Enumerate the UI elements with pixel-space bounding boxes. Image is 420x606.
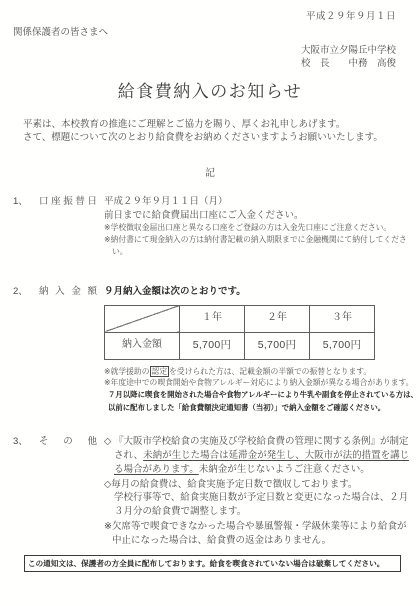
section-1-label: 口座振替日 bbox=[39, 195, 97, 209]
section-2-label: 納入金額 bbox=[39, 285, 97, 299]
fee-amount-grade1: 5,700円 bbox=[180, 332, 245, 359]
transfer-note-1: ※学校徴収金届出口座と異なる口座をご登録の方は入金先口座にご注意ください。 bbox=[104, 222, 410, 234]
record-mark: 記 bbox=[0, 167, 420, 182]
section-2-heading: 2、 納入金額 bbox=[0, 285, 104, 299]
fee-table-corner-cell bbox=[105, 305, 180, 332]
ordinance-item: ◇ 『大阪市学校給食の実施及び学校給食費の管理に関する条例』が制定され、未納が生… bbox=[104, 435, 410, 476]
fee-table-amount-row: 納入金額 5,700円 5,700円 5,700円 bbox=[105, 332, 375, 359]
subsidy-note: ※就学援助の認定を受けられた方は、記載金額の半額での振替となります。 bbox=[104, 366, 418, 378]
intro-paragraph: 平素は、本校教育の推進にご理解とご協力を賜り、厚くお礼申しあげます。 さて、標題… bbox=[0, 118, 420, 146]
notice-document: 平成２９年９月１日 関係保護者の皆さまへ 大阪市立夕陽丘中学校 校 長 中務 高… bbox=[0, 0, 420, 606]
section-other: 3、 その他 ◇ 『大阪市学校給食の実施及び学校給食費の管理に関する条例』が制定… bbox=[0, 435, 420, 547]
section-1-number: 1、 bbox=[13, 195, 39, 209]
section-2-body: ９月納入金額は次のとおりです。 １年 ２年 ３年 納入金額 5,700円 5,7… bbox=[104, 285, 420, 415]
fee-table-row-label: 納入金額 bbox=[105, 332, 180, 359]
section-3-label: その他 bbox=[39, 435, 97, 449]
sender-block: 大阪市立夕陽丘中学校 校 長 中務 高俊 bbox=[0, 44, 420, 72]
section-3-body: ◇ 『大阪市学校給食の実施及び学校給食費の管理に関する条例』が制定され、未納が生… bbox=[104, 435, 420, 547]
no-refund-note: ※欠席等で喫食できなかった場合や暴風警報・学級休業等により給食が中止になった場合… bbox=[104, 520, 410, 548]
monthly-fee-line-2: 学校行事等で、給食実施日数が予定日数と変更になった場合は、２月３月分の給食費で調… bbox=[104, 491, 410, 519]
amount-intro: ９月納入金額は次のとおりです。 bbox=[104, 285, 418, 299]
fee-table-header-row: １年 ２年 ３年 bbox=[105, 305, 375, 332]
section-transfer-date: 1、 口座振替日 平成２９年９月１１日（月） 前日までに給食費届出口座にご入金く… bbox=[0, 195, 420, 258]
section-payment-amount: 2、 納入金額 ９月納入金額は次のとおりです。 １年 ２年 ３年 納入金額 5,… bbox=[0, 285, 420, 415]
section-1-heading: 1、 口座振替日 bbox=[0, 195, 104, 209]
monthly-fee-item: ◇毎月の給食費は、給食実施予定日数で徴収しております。 学校行事等で、給食実施日… bbox=[104, 478, 410, 519]
section-2-number: 2、 bbox=[13, 285, 39, 299]
intro-line-1: 平素は、本校教育の推進にご理解とご協力を賜り、厚くお礼申しあげます。 bbox=[23, 118, 410, 132]
transfer-date: 平成２９年９月１１日（月） bbox=[104, 195, 410, 209]
transfer-instruction: 前日までに給食費届出口座にご入金ください。 bbox=[104, 209, 410, 223]
fee-table: １年 ２年 ３年 納入金額 5,700円 5,700円 5,700円 bbox=[104, 305, 375, 360]
page-title: 給食費納入のお知らせ bbox=[0, 80, 420, 105]
allergy-note-line-2: 以前に配布しました「給食費額決定通知書（当初）」で納入金額をご確認ください。 bbox=[108, 402, 418, 415]
fee-table-header-grade3: ３年 bbox=[310, 305, 375, 332]
fee-amount-grade3: 5,700円 bbox=[310, 332, 375, 359]
monthly-fee-line-1: ◇毎月の給食費は、給食実施予定日数で徴収しております。 bbox=[104, 478, 410, 492]
allergy-note-line-1: ７月以降に喫食を開始された場合や食物アレルギーにより牛乳や副食を停止されている方… bbox=[108, 389, 418, 402]
section-3-heading: 3、 その他 bbox=[0, 435, 104, 449]
section-3-number: 3、 bbox=[13, 435, 39, 449]
fee-amount-grade2: 5,700円 bbox=[245, 332, 310, 359]
school-name: 大阪市立夕陽丘中学校 bbox=[0, 44, 396, 58]
section-1-body: 平成２９年９月１１日（月） 前日までに給食費届出口座にご入金ください。 ※学校徴… bbox=[104, 195, 420, 258]
addressee: 関係保護者の皆さまへ bbox=[0, 26, 420, 40]
boxed-word-nintei: 認定 bbox=[150, 366, 170, 377]
transfer-note-2: ※納付書にて現金納入の方は納付書記載の納入期限までに金融機関にて納付してください… bbox=[104, 234, 410, 258]
footer-notice: この通知文は、保護者の方全員に配布しております。給食を喫食されていない場合は破棄… bbox=[24, 555, 401, 572]
document-date: 平成２９年９月１日 bbox=[0, 10, 420, 24]
principal-name: 校 長 中務 高俊 bbox=[0, 57, 396, 71]
fee-table-header-grade1: １年 bbox=[180, 305, 245, 332]
fee-table-header-grade2: ２年 bbox=[245, 305, 310, 332]
amount-notes: ※就学援助の認定を受けられた方は、記載金額の半額での振替となります。 ※年度途中… bbox=[104, 366, 418, 415]
midyear-note: ※年度途中での喫食開始や食物アレルギー対応により納入金額が異なる場合があります。 bbox=[104, 377, 418, 389]
intro-line-2: さて、標題について次のとおり給食費をお納めくださいますようお願いいたします。 bbox=[23, 131, 410, 145]
